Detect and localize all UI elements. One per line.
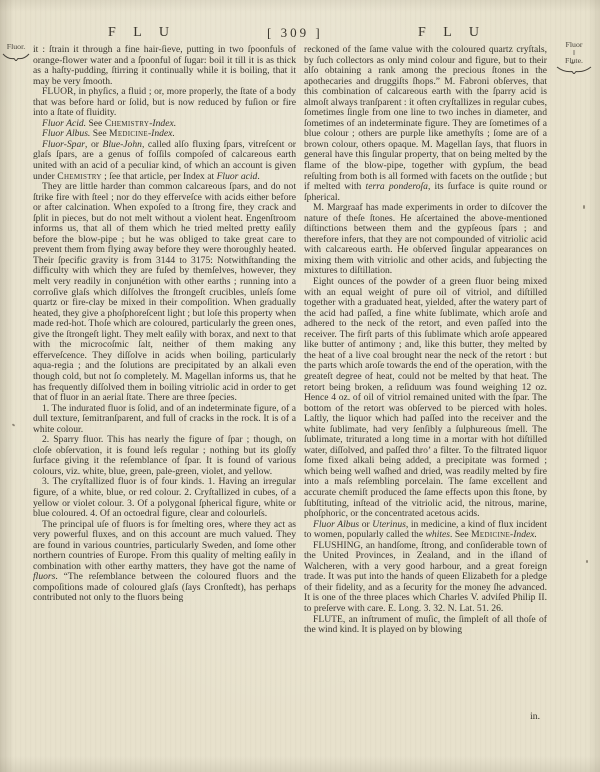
paragraph: 1. The indurated fluor is ſolid, and of …: [33, 404, 296, 436]
right-text-column: reckoned of the ſame value with the colo…: [304, 45, 547, 636]
paragraph: Fluor Albus or Uterinus, in medicine, a …: [304, 520, 547, 541]
paragraph: M. Margraaf has made experiments in orde…: [304, 203, 547, 277]
paragraph: 2. Sparry fluor. This has nearly the fig…: [33, 435, 296, 477]
book-page: F L U [ 309 ] F L U Fluor. Fluor ‖ Flute…: [0, 0, 600, 772]
paragraph: 3. The cryſtallized fluor is of four kin…: [33, 477, 296, 519]
paper-speck: [586, 560, 588, 563]
margin-brace-icon: [2, 53, 30, 61]
paragraph: reckoned of the ſame value with the colo…: [304, 45, 547, 203]
left-margin-note: Fluor.: [1, 43, 31, 61]
page-number: [ 309 ]: [267, 25, 323, 41]
left-text-column: it : ſtrain it through a fine hair-ſieve…: [33, 45, 296, 604]
paragraph: They are little harder than common calca…: [33, 182, 296, 403]
paper-speck: [12, 423, 16, 426]
left-margin-note-label: Fluor.: [7, 42, 25, 51]
right-margin-note-top: Fluor: [566, 40, 583, 49]
paragraph: FLUTE, an inſtrument of muſic, the ſimpl…: [304, 615, 547, 636]
paragraph: Fluor-Spar, or Blue-John, called alſo fl…: [33, 140, 296, 182]
catchword: in.: [470, 711, 540, 722]
header-left-title: F L U: [108, 25, 176, 41]
paragraph: FLUOR, in phyſics, a fluid ; or, more pr…: [33, 87, 296, 119]
paper-speck: [571, 62, 574, 64]
right-margin-note: Fluor ‖ Flute.: [552, 41, 596, 74]
margin-brace-icon: [556, 66, 592, 74]
paragraph: FLUSHING, an handſome, ſtrong, and conſi…: [304, 541, 547, 615]
paragraph: The principal uſe of fluors is for ſmelt…: [33, 520, 296, 604]
paragraph: Eight ounces of the powder of a green fl…: [304, 277, 547, 520]
paper-speck: [583, 205, 585, 209]
right-margin-note-bottom: Flute.: [565, 56, 583, 65]
paragraph: it : ſtrain it through a fine hair-ſieve…: [33, 45, 296, 87]
header-right-title: F L U: [418, 25, 486, 41]
